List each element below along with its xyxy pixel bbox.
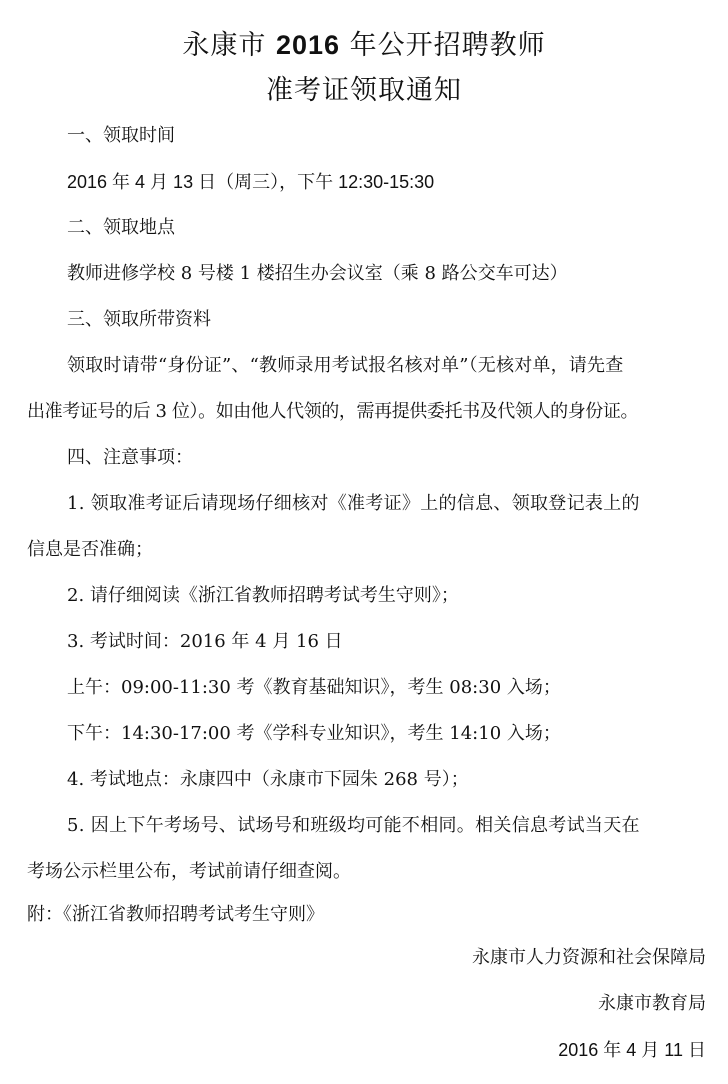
issue-date: 2016 年 4 月 11 日 <box>558 1037 706 1063</box>
pickup-location-text: 教师进修学校 8 号楼 1 楼招生办会议室（乘 8 路公交车可达） <box>67 261 568 287</box>
section-heading-location: 二、领取地点 <box>67 215 175 241</box>
section-heading-time: 一、领取时间 <box>67 123 175 149</box>
note-5-line-1: 5. 因上下午考场号、试场号和班级均可能不相同。相关信息考试当天在 <box>67 813 640 839</box>
note-5-line-2: 考场公示栏里公布，考试前请仔细查阅。 <box>27 859 351 885</box>
materials-text-line-1: 领取时请带“身份证”、“教师录用考试报名核对单”（无核对单，请先查 <box>67 353 623 379</box>
title-prefix: 永康市 <box>182 30 276 61</box>
note-3-morning-session: 上午：09:00-11:30 考《教育基础知识》，考生 08:30 入场； <box>67 675 561 701</box>
section-heading-notes: 四、注意事项： <box>67 445 193 471</box>
note-3-exam-date: 3. 考试时间：2016 年 4 月 16 日 <box>67 629 343 655</box>
title-year: 2016 <box>276 30 340 60</box>
section-heading-materials: 三、领取所带资料 <box>67 307 211 333</box>
document-title-line-1: 永康市 2016 年公开招聘教师 <box>0 28 728 63</box>
title-suffix: 年公开招聘教师 <box>340 30 546 61</box>
materials-text-line-2: 出准考证号的后 3 位）。如由他人代领的，需再提供委托书及代领人的身份证。 <box>27 399 638 425</box>
note-3-afternoon-session: 下午：14:30-17:00 考《学科专业知识》，考生 14:10 入场； <box>67 721 561 747</box>
pickup-time-text: 2016 年 4 月 13 日（周三），下午 12:30-15:30 <box>67 169 434 195</box>
issuer-hr-bureau: 永康市人力资源和社会保障局 <box>472 945 706 971</box>
note-1-line-2: 信息是否准确； <box>27 537 153 563</box>
attachment-note: 附：《浙江省教师招聘考试考生守则》 <box>27 902 324 928</box>
issuer-education-bureau: 永康市教育局 <box>598 991 706 1017</box>
note-4-exam-location: 4. 考试地点：永康四中（永康市下园朱 268 号）； <box>67 767 469 793</box>
document-title-line-2: 准考证领取通知 <box>0 74 728 108</box>
note-1-line-1: 1. 领取准考证后请现场仔细核对《准考证》上的信息、领取登记表上的 <box>67 491 640 517</box>
note-2: 2. 请仔细阅读《浙江省教师招聘考试考生守则》； <box>67 583 459 609</box>
